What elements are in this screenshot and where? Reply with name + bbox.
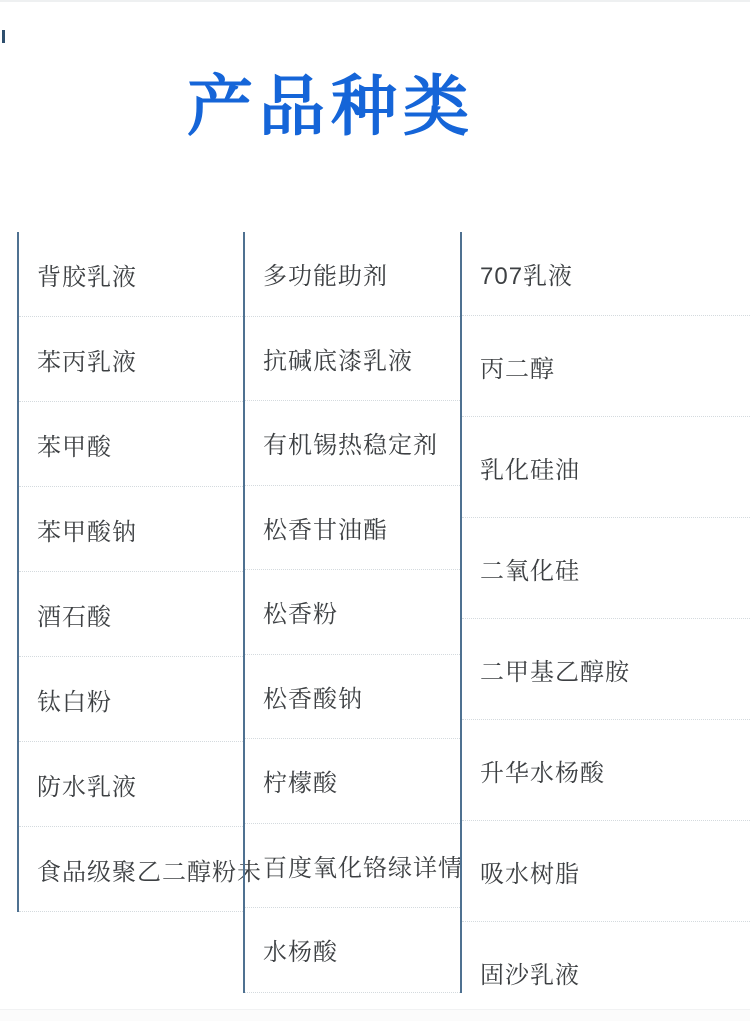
list-item-label: 苯甲酸 — [37, 427, 112, 462]
list-item[interactable]: 抗碱底漆乳液 — [245, 317, 460, 402]
list-item-label: 松香甘油酯 — [263, 510, 388, 545]
list-item[interactable]: 食品级聚乙二醇粉未 — [19, 827, 243, 912]
list-item[interactable]: 丙二醇 — [462, 316, 750, 417]
list-item[interactable]: 松香粉 — [245, 570, 460, 655]
list-item[interactable]: 苯甲酸 — [19, 402, 243, 487]
list-item[interactable]: 百度氧化铬绿详情 — [245, 824, 460, 909]
list-item[interactable]: 二甲基乙醇胺 — [462, 619, 750, 720]
list-item[interactable]: 乳化硅油 — [462, 417, 750, 518]
list-item[interactable]: 吸水树脂 — [462, 821, 750, 922]
left-edge-tick-mark — [2, 30, 5, 43]
list-item-label: 二氧化硅 — [480, 551, 580, 586]
list-item-label: 升华水杨酸 — [480, 753, 605, 788]
list-item-label: 多功能助剂 — [263, 256, 388, 291]
list-item-label: 食品级聚乙二醇粉未 — [37, 852, 262, 887]
list-item[interactable]: 松香甘油酯 — [245, 486, 460, 571]
list-item-label: 二甲基乙醇胺 — [480, 652, 630, 687]
list-item-label: 乳化硅油 — [480, 450, 580, 485]
list-item-label: 丙二醇 — [480, 349, 555, 384]
list-item[interactable]: 水杨酸 — [245, 908, 460, 993]
page-title: 产品种类 — [187, 70, 475, 143]
list-item-label: 水杨酸 — [263, 932, 338, 967]
top-divider-line — [0, 0, 750, 2]
list-item-label: 固沙乳液 — [480, 955, 580, 990]
bottom-edge-shade — [0, 1009, 750, 1021]
list-item[interactable]: 酒石酸 — [19, 572, 243, 657]
list-item[interactable]: 钛白粉 — [19, 657, 243, 742]
product-column-1: 背胶乳液苯丙乳液苯甲酸苯甲酸钠酒石酸钛白粉防水乳液食品级聚乙二醇粉未 — [17, 232, 243, 912]
list-item[interactable]: 多功能助剂 — [245, 232, 460, 317]
list-item[interactable]: 二氧化硅 — [462, 518, 750, 619]
list-item[interactable]: 有机锡热稳定剂 — [245, 401, 460, 486]
list-item-label: 吸水树脂 — [480, 854, 580, 889]
list-item[interactable]: 背胶乳液 — [19, 232, 243, 317]
list-item[interactable]: 升华水杨酸 — [462, 720, 750, 821]
product-column-3: 707乳液丙二醇乳化硅油二氧化硅二甲基乙醇胺升华水杨酸吸水树脂固沙乳液 — [460, 232, 750, 993]
list-item-label: 松香酸钠 — [263, 679, 363, 714]
list-item[interactable]: 固沙乳液 — [462, 922, 750, 1021]
list-item-label: 苯甲酸钠 — [37, 512, 137, 547]
list-item-label: 钛白粉 — [37, 682, 112, 717]
list-item[interactable]: 松香酸钠 — [245, 655, 460, 740]
list-item[interactable]: 苯甲酸钠 — [19, 487, 243, 572]
list-item[interactable]: 苯丙乳液 — [19, 317, 243, 402]
list-item-label: 防水乳液 — [37, 767, 137, 802]
list-item-label: 背胶乳液 — [37, 257, 137, 292]
product-column-2: 多功能助剂抗碱底漆乳液有机锡热稳定剂松香甘油酯松香粉松香酸钠柠檬酸百度氧化铬绿详… — [243, 232, 460, 993]
list-item-label: 抗碱底漆乳液 — [263, 341, 413, 376]
list-item-label: 酒石酸 — [37, 597, 112, 632]
list-item-label: 苯丙乳液 — [37, 342, 137, 377]
list-item-label: 松香粉 — [263, 594, 338, 629]
list-item[interactable]: 防水乳液 — [19, 742, 243, 827]
list-item-label: 707乳液 — [480, 256, 573, 291]
list-item[interactable]: 柠檬酸 — [245, 739, 460, 824]
list-item[interactable]: 707乳液 — [462, 232, 750, 316]
list-item-label: 百度氧化铬绿详情 — [263, 848, 463, 883]
list-item-label: 有机锡热稳定剂 — [263, 425, 438, 460]
list-item-label: 柠檬酸 — [263, 763, 338, 798]
